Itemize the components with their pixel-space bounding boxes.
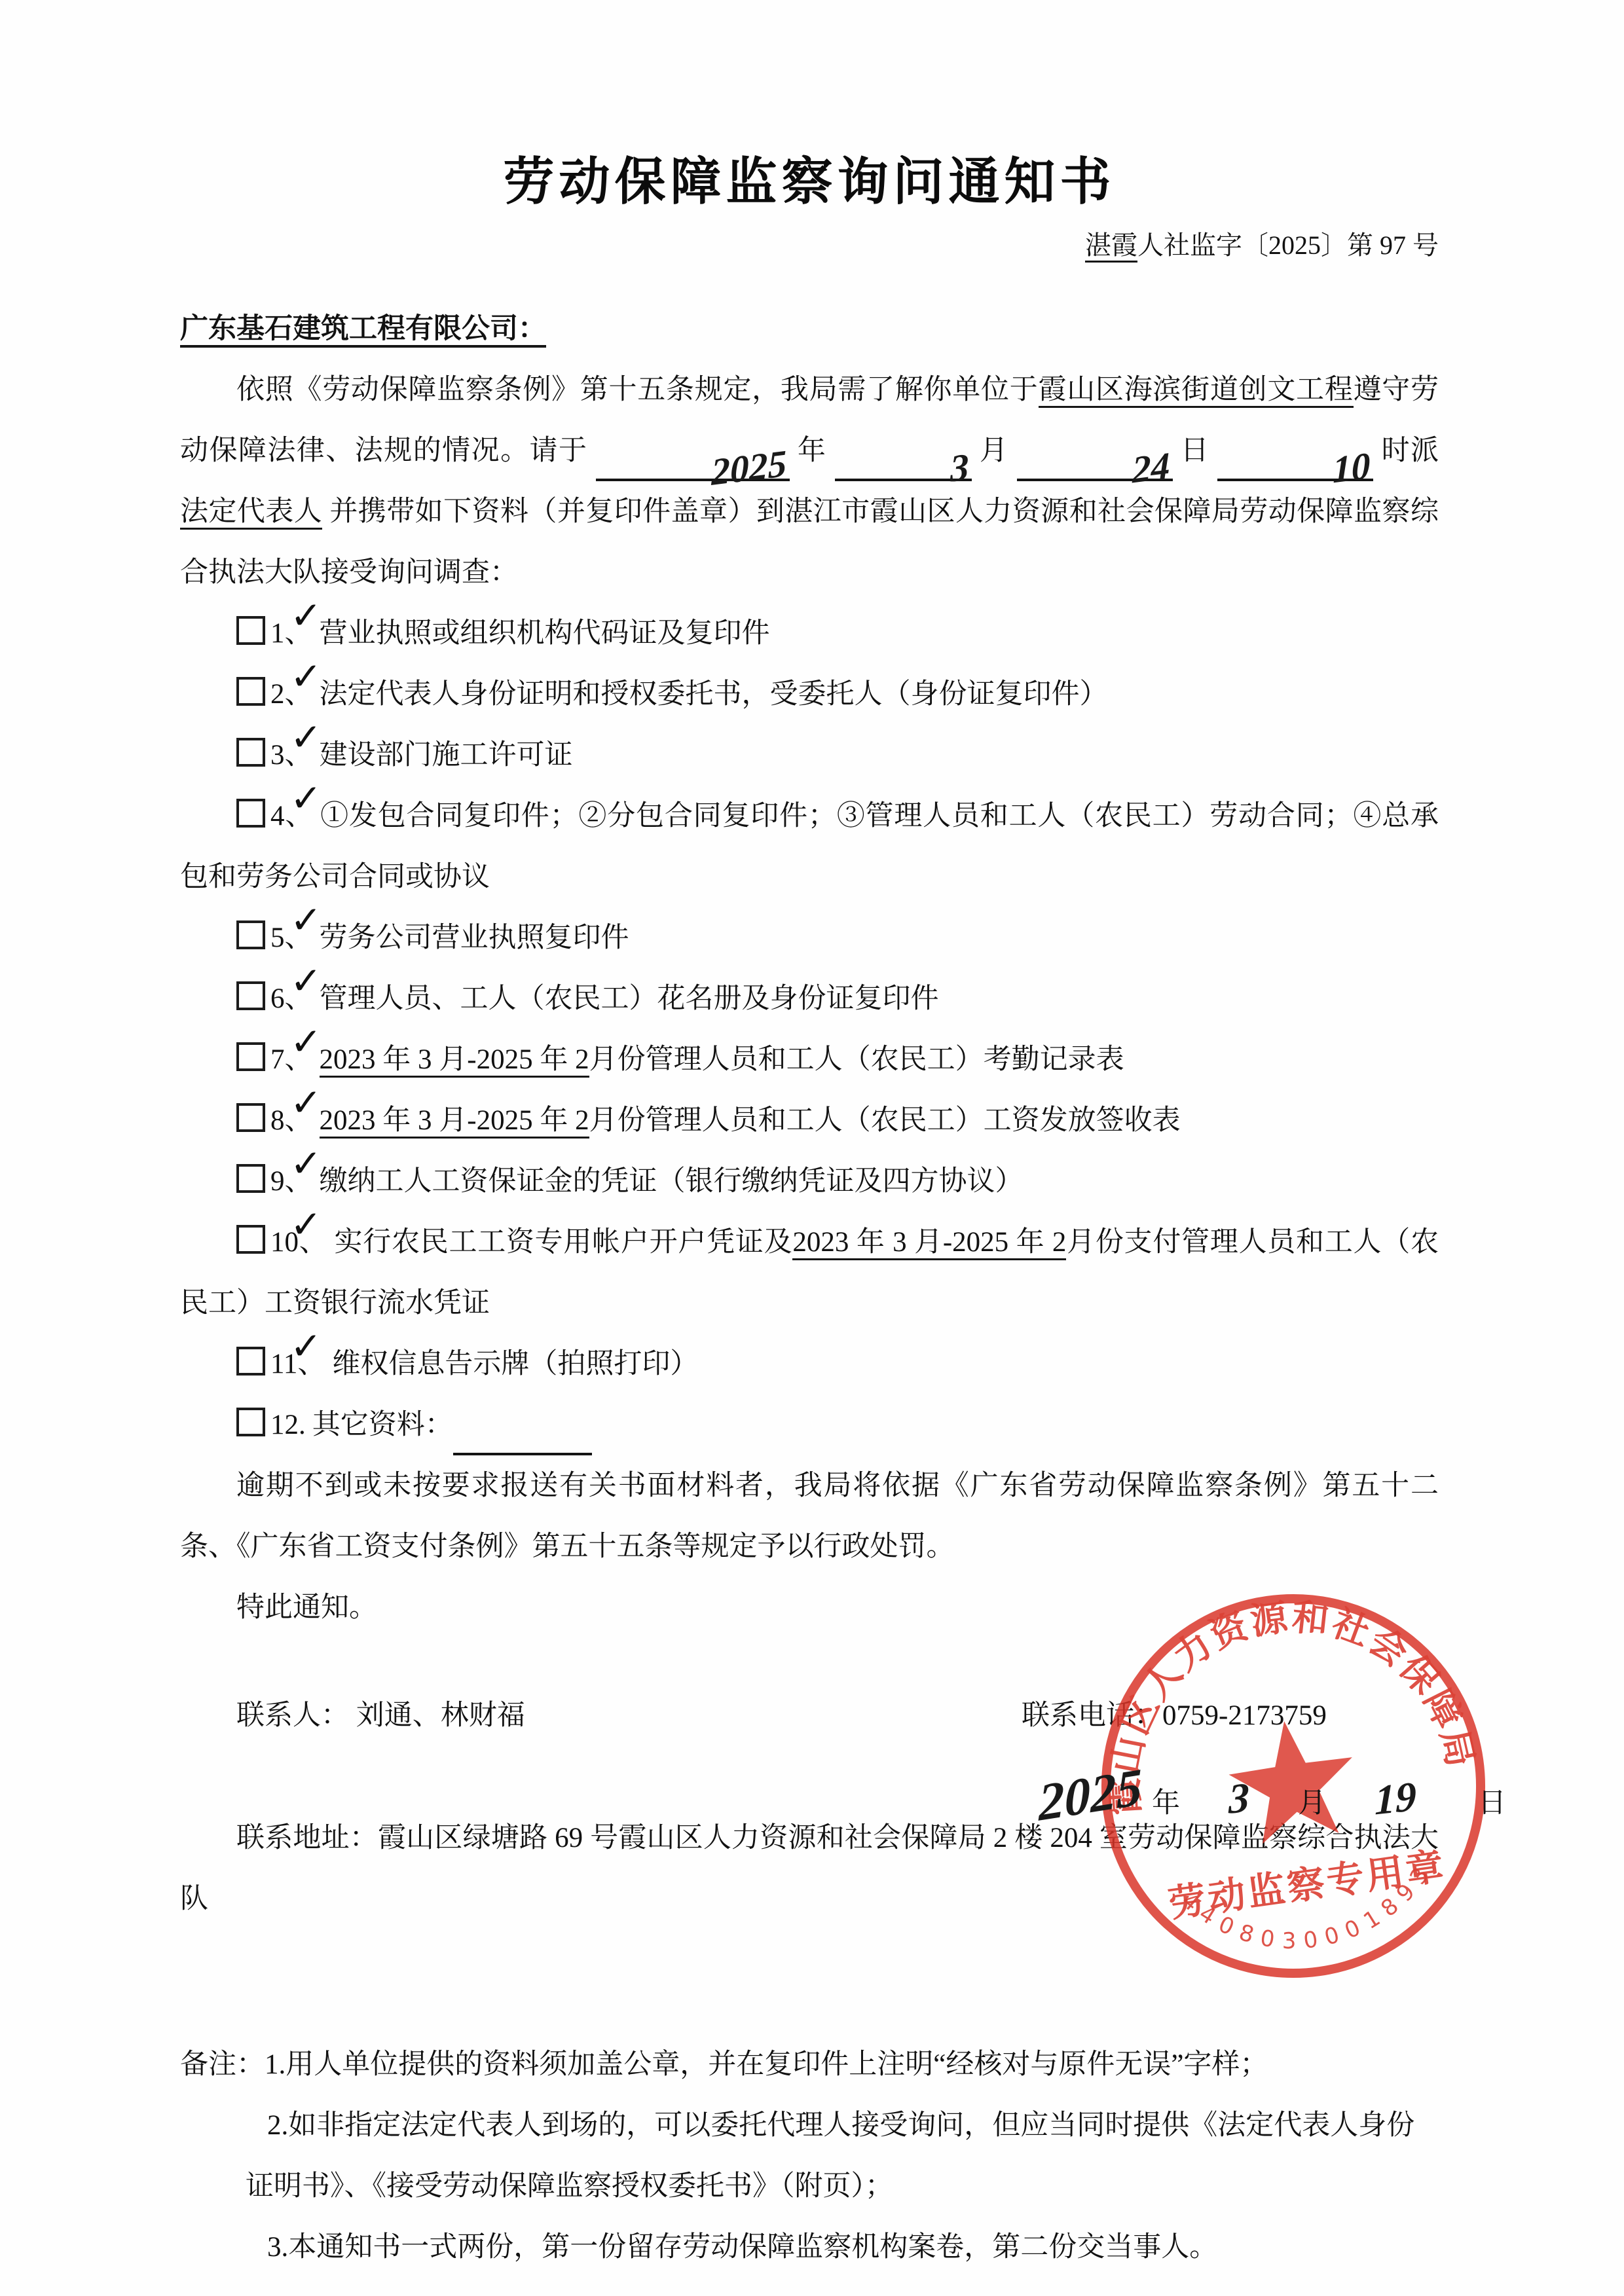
page-title: 劳动保障监察询问通知书 [180,149,1439,215]
item-text: 实行农民工工资专用帐户开户凭证及 [334,1227,792,1258]
document-number-text: 人社监字〔2025〕第 97 号 [1137,230,1439,260]
item-text: 其它资料： [312,1410,453,1440]
check-mark-icon: ✓ [234,1327,322,1365]
checkbox-checked-icon: ✓ [236,1164,265,1193]
intro-text-3: 并携带如下资料（并复印件盖章）到湛江市霞山区人力资源和社会保障局劳动保障监察综合… [180,496,1439,588]
checkbox-checked-icon: ✓ [236,738,265,767]
check-mark-icon: ✓ [234,962,322,1000]
contact-person: 联系人： 刘通、林财福 [236,1700,525,1731]
item-text: 缴纳工人工资保证金的凭证（银行缴纳凭证及四方协议） [320,1166,1024,1197]
checkbox-checked-icon: ✓ [236,616,265,645]
check-mark-icon: ✓ [234,1084,322,1121]
checklist-item: ✓8、2023 年 3 月-2025 年 2月份管理人员和工人（农民工）工资发放… [180,1090,1439,1151]
checklist-item: ✓4、①发包合同复印件；②分包合同复印件；③管理人员和工人（农民工）劳动合同；④… [180,786,1439,907]
item-text: 劳务公司营业执照复印件 [320,922,629,953]
checklist-item: 12.其它资料： [180,1394,1439,1455]
checkbox-checked-icon: ✓ [236,981,265,1010]
issue-date-line: 2025年3月19日 [1038,1773,1515,1834]
item-text: 建设部门施工许可证 [320,740,573,771]
checklist-item: ✓6、管理人员、工人（农民工）花名册及身份证复印件 [180,968,1439,1029]
handwritten-issue-year: 2025 [1038,1766,1142,1825]
issue-month-label: 月 [1298,1788,1326,1819]
item-number: 12. [270,1410,306,1440]
item-text: ①发包合同复印件；②分包合同复印件；③管理人员和工人（农民工）劳动合同；④总承包… [180,801,1439,892]
remark-line-4: 3.本通知书一式两份，第一份留存劳动保障监察机构案卷，第二份交当事人。 [267,2217,1439,2278]
check-mark-icon: ✓ [234,1205,322,1243]
checklist-item: ✓10、实行农民工工资专用帐户开户凭证及2023 年 3 月-2025 年 2月… [180,1212,1439,1334]
check-mark-icon: ✓ [234,657,322,695]
legal-representative-underlined: 法定代表人 [180,496,322,530]
day-fill-blank: 24 [1017,445,1173,481]
item-text: 管理人员、工人（农民工）花名册及身份证复印件 [320,983,939,1014]
checklist-item: ✓3、建设部门施工许可证 [180,725,1439,786]
checklist-item: ✓1、营业执照或组织机构代码证及复印件 [180,603,1439,664]
checkbox-checked-icon: ✓ [236,799,265,828]
remark-line-1: 备注：1.用人单位提供的资料须加盖公章，并在复印件上注明“经核对与原件无误”字样… [180,2034,1439,2095]
issue-day-label: 日 [1478,1788,1506,1819]
checkbox-checked-icon: ✓ [236,677,265,706]
handwritten-issue-month: 3 [1228,1779,1249,1818]
item-underlined-dates: 2023 年 3 月-2025 年 2 [792,1227,1066,1260]
handwritten-hour: 10 [1277,449,1371,494]
hour-label: 时派 [1382,435,1439,466]
addressee-line: 广东基石建筑工程有限公司： [180,299,1439,359]
remarks-block: 备注：1.用人单位提供的资料须加盖公章，并在复印件上注明“经核对与原件无误”字样… [180,2034,1439,2278]
item-text: 月份管理人员和工人（农民工）考勤记录表 [589,1044,1124,1075]
check-mark-icon: ✓ [234,718,322,756]
month-fill-blank: 3 [835,445,972,481]
checklist-item: ✓2、法定代表人身份证明和授权委托书，受委托人（身份证复印件） [180,664,1439,725]
contact-person-label: 联系人： [236,1700,349,1731]
item-text: 月份管理人员和工人（农民工）工资发放签收表 [589,1105,1181,1136]
day-label: 日 [1181,435,1209,466]
check-mark-icon: ✓ [234,1144,322,1182]
check-mark-icon: ✓ [234,901,322,939]
document-number: 湛霞人社监字〔2025〕第 97 号 [180,225,1439,266]
checkbox-checked-icon: ✓ [236,1225,265,1254]
year-label: 年 [798,435,826,466]
item-text: 营业执照或组织机构代码证及复印件 [320,618,770,649]
document-page: 劳动保障监察询问通知书 湛霞人社监字〔2025〕第 97 号 广东基石建筑工程有… [0,0,1624,2296]
handwritten-day: 24 [1076,449,1170,494]
hour-fill-blank: 10 [1217,445,1373,481]
item-text: 维权信息告示牌（拍照打印） [332,1349,698,1379]
remark-line-3: 证明书》、《接受劳动保障监察授权委托书》（附页）； [246,2156,1439,2217]
issue-year-label: 年 [1152,1788,1180,1819]
item-underlined-dates: 2023 年 3 月-2025 年 2 [320,1105,589,1139]
paragraph-penalty: 逾期不到或未按要求报送有关书面材料者，我局将依据《广东省劳动保障监察条例》第五十… [180,1455,1439,1577]
project-name-underlined: 霞山区海滨街道创文工程 [1039,374,1354,408]
check-mark-icon: ✓ [234,779,322,817]
intro-text-1: 依照《劳动保障监察条例》第十五条规定，我局需了解你单位于 [236,374,1039,405]
checklist-item: ✓7、2023 年 3 月-2025 年 2月份管理人员和工人（农民工）考勤记录… [180,1029,1439,1090]
checkbox-checked-icon: ✓ [236,1347,265,1376]
handwritten-issue-day: 19 [1375,1778,1416,1819]
month-label: 月 [980,435,1008,466]
blank-fill-line [453,1423,592,1455]
handwritten-year: 2025 [655,447,786,496]
checklist-item: ✓5、劳务公司营业执照复印件 [180,907,1439,968]
checkbox-checked-icon: ✓ [236,1042,265,1071]
contact-person-names: 刘通、林财福 [356,1700,525,1731]
checklist-item: ✓9、缴纳工人工资保证金的凭证（银行缴纳凭证及四方协议） [180,1151,1439,1212]
remark-line-2: 2.如非指定法定代表人到场的，可以委托代理人接受询问，但应当同时提供《法定代表人… [267,2095,1439,2156]
item-underlined-dates: 2023 年 3 月-2025 年 2 [320,1044,589,1078]
checklist-item: ✓11、维权信息告示牌（拍照打印） [180,1334,1439,1394]
checkbox-empty-icon [236,1408,265,1436]
checkbox-checked-icon: ✓ [236,1103,265,1132]
check-mark-icon: ✓ [234,596,322,634]
paragraph-intro: 依照《劳动保障监察条例》第十五条规定，我局需了解你单位于霞山区海滨街道创文工程遵… [180,359,1439,603]
item-text: 法定代表人身份证明和授权委托书，受委托人（身份证复印件） [320,679,1108,710]
check-mark-icon: ✓ [234,1023,322,1061]
checkbox-checked-icon: ✓ [236,920,265,949]
document-number-region: 湛霞 [1085,230,1137,263]
addressee-company: 广东基石建筑工程有限公司： [180,314,546,348]
handwritten-month: 3 [894,450,969,492]
year-fill-blank: 2025 [596,445,790,481]
